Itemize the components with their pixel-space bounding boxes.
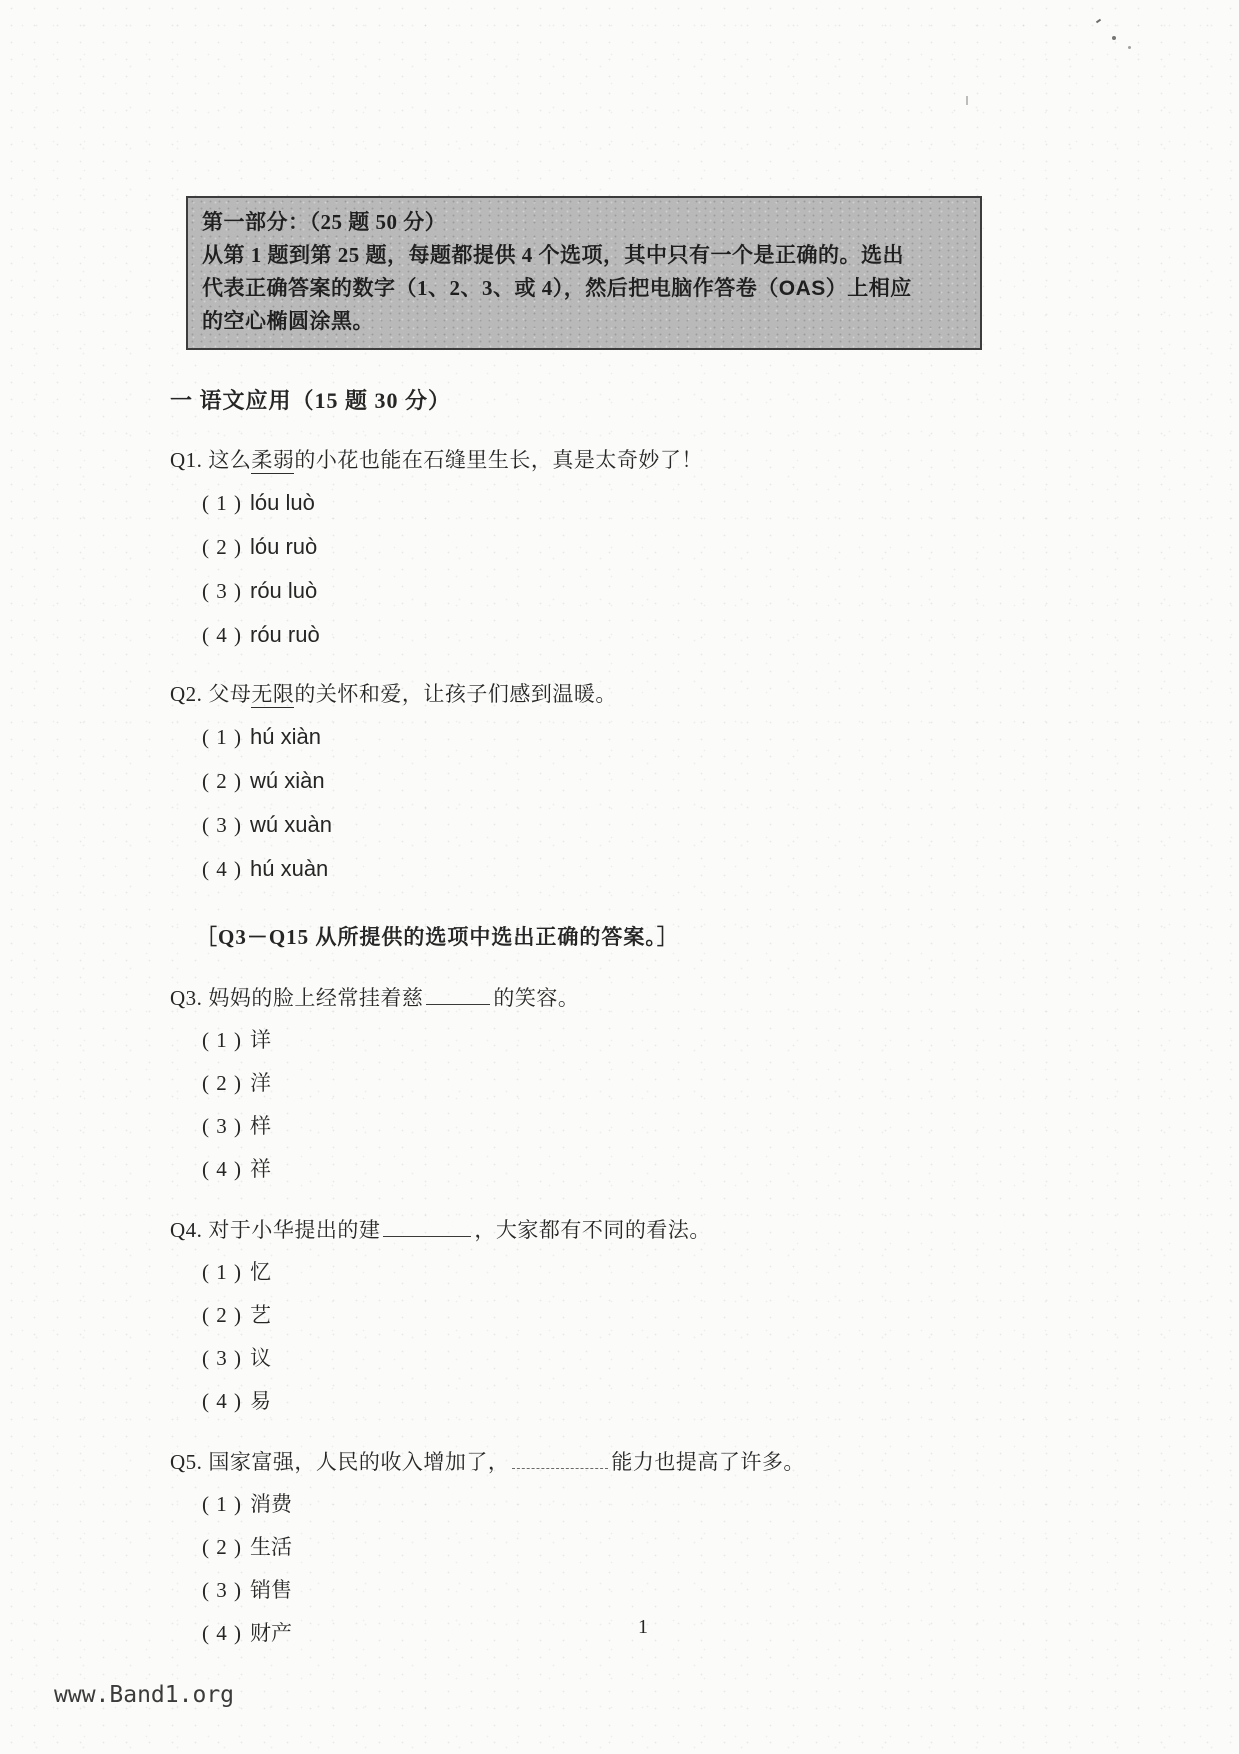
option-number: ( 3 ) bbox=[202, 813, 242, 837]
option-text: 艺 bbox=[250, 1303, 271, 1327]
scan-speck-icon bbox=[966, 96, 968, 105]
question-text-segment: 妈妈的脸上经常挂着慈 bbox=[208, 986, 423, 1010]
question-text-segment: 的关怀和爱，让孩子们感到温暖。 bbox=[294, 682, 617, 706]
option-number: ( 4 ) bbox=[202, 1621, 242, 1645]
option-row: ( 3 )róu luò bbox=[202, 577, 982, 605]
option-row: ( 2 )洋 bbox=[202, 1070, 982, 1097]
question-label: Q2. bbox=[170, 682, 202, 706]
option-number: ( 3 ) bbox=[202, 1114, 242, 1138]
question-text: Q1.这么柔弱的小花也能在石缝里生长，真是太奇妙了！ bbox=[170, 445, 982, 475]
part1-instruction-line: 从第 1 题到第 25 题，每题都提供 4 个选项，其中只有一个是正确的。选出 bbox=[202, 239, 966, 272]
option-text: hú xuàn bbox=[250, 856, 328, 881]
page-number: 1 bbox=[638, 1616, 648, 1639]
question-text-segment: 这么 bbox=[208, 448, 251, 472]
option-row: ( 4 )róu ruò bbox=[202, 621, 982, 649]
option-number: ( 3 ) bbox=[202, 579, 242, 603]
part1-title: 第一部分：（25 题 50 分） bbox=[202, 206, 966, 239]
question-text-segment: 的小花也能在石缝里生长，真是太奇妙了！ bbox=[294, 448, 703, 472]
question-label: Q4. bbox=[170, 1218, 202, 1242]
option-text: hú xiàn bbox=[250, 724, 321, 749]
option-text: 祥 bbox=[250, 1157, 271, 1181]
question-text-segment: 的笑容。 bbox=[493, 986, 579, 1010]
underlined-word: 柔弱 bbox=[251, 448, 294, 474]
option-text: 生活 bbox=[250, 1535, 292, 1559]
question-q3: Q3.妈妈的脸上经常挂着慈的笑容。 ( 1 )详 ( 2 )洋 ( 3 )样 (… bbox=[170, 981, 982, 1183]
option-number: ( 1 ) bbox=[202, 1492, 242, 1516]
question-q2: Q2.父母无限的关怀和爱，让孩子们感到温暖。 ( 1 )hú xiàn ( 2 … bbox=[170, 679, 982, 883]
exam-content: 第一部分：（25 题 50 分） 从第 1 题到第 25 题，每题都提供 4 个… bbox=[170, 196, 982, 1663]
option-row: ( 3 )议 bbox=[202, 1345, 982, 1372]
option-number: ( 2 ) bbox=[202, 1303, 242, 1327]
question-text: Q4.对于小华提出的建，大家都有不同的看法。 bbox=[170, 1213, 982, 1245]
watermark-url: www.Band1.org bbox=[54, 1682, 234, 1708]
option-text: 议 bbox=[250, 1346, 271, 1370]
options-list: ( 1 )hú xiàn ( 2 )wú xiàn ( 3 )wú xuàn (… bbox=[202, 723, 982, 883]
option-text: wú xiàn bbox=[250, 768, 325, 793]
option-row: ( 1 )忆 bbox=[202, 1259, 982, 1286]
question-q4: Q4.对于小华提出的建，大家都有不同的看法。 ( 1 )忆 ( 2 )艺 ( 3… bbox=[170, 1213, 982, 1415]
question-q5: Q5.国家富强，人民的收入增加了，能力也提高了许多。 ( 1 )消费 ( 2 )… bbox=[170, 1445, 982, 1647]
question-label: Q3. bbox=[170, 986, 202, 1010]
scan-speck-icon bbox=[1128, 46, 1131, 49]
question-text-segment: 能力也提高了许多。 bbox=[611, 1450, 805, 1474]
instruction-text: 代表正确答案的数字（1、2、3、或 4），然后把电脑作答卷（ bbox=[202, 276, 779, 300]
option-row: ( 1 )详 bbox=[202, 1027, 982, 1054]
option-text: róu luò bbox=[250, 578, 317, 603]
question-label: Q5. bbox=[170, 1450, 202, 1474]
underlined-word: 无限 bbox=[251, 682, 294, 708]
scan-speck-icon bbox=[1112, 36, 1116, 40]
section-heading: 一 语文应用（15 题 30 分） bbox=[170, 384, 982, 415]
option-row: ( 4 )祥 bbox=[202, 1156, 982, 1183]
option-number: ( 1 ) bbox=[202, 1028, 242, 1052]
question-text: Q5.国家富强，人民的收入增加了，能力也提高了许多。 bbox=[170, 1445, 982, 1477]
option-text: wú xuàn bbox=[250, 812, 332, 837]
option-text: lóu luò bbox=[250, 490, 315, 515]
instruction-text: ）上相应 bbox=[826, 276, 912, 300]
option-row: ( 4 )易 bbox=[202, 1388, 982, 1415]
question-text-segment: 对于小华提出的建 bbox=[208, 1218, 380, 1242]
option-row: ( 1 )lóu luò bbox=[202, 489, 982, 517]
part1-instruction-line: 的空心椭圆涂黑。 bbox=[202, 305, 966, 338]
part1-instructions-box: 第一部分：（25 题 50 分） 从第 1 题到第 25 题，每题都提供 4 个… bbox=[186, 196, 982, 350]
option-number: ( 2 ) bbox=[202, 1535, 242, 1559]
option-number: ( 2 ) bbox=[202, 1071, 242, 1095]
scan-speck-icon bbox=[1096, 19, 1101, 24]
question-text: Q2.父母无限的关怀和爱，让孩子们感到温暖。 bbox=[170, 679, 982, 709]
question-text-segment: 父母 bbox=[208, 682, 251, 706]
options-list: ( 1 )消费 ( 2 )生活 ( 3 )销售 ( 4 )财产 bbox=[202, 1491, 982, 1647]
fill-in-blank bbox=[426, 981, 490, 1005]
option-row: ( 2 )艺 bbox=[202, 1302, 982, 1329]
option-row: ( 4 )财产 bbox=[202, 1620, 982, 1647]
question-text-segment: ，大家都有不同的看法。 bbox=[474, 1218, 711, 1242]
option-row: ( 1 )消费 bbox=[202, 1491, 982, 1518]
option-number: ( 3 ) bbox=[202, 1578, 242, 1602]
question-text-segment: 国家富强，人民的收入增加了， bbox=[208, 1450, 509, 1474]
option-number: ( 1 ) bbox=[202, 1260, 242, 1284]
option-text: 财产 bbox=[250, 1621, 292, 1645]
options-list: ( 1 )lóu luò ( 2 )lóu ruò ( 3 )róu luò (… bbox=[202, 489, 982, 649]
option-number: ( 4 ) bbox=[202, 857, 242, 881]
fill-in-blank bbox=[383, 1213, 471, 1237]
option-row: ( 2 )lóu ruò bbox=[202, 533, 982, 561]
option-text: 销售 bbox=[250, 1578, 292, 1602]
option-row: ( 3 )样 bbox=[202, 1113, 982, 1140]
option-text: 样 bbox=[250, 1114, 271, 1138]
option-text: 消费 bbox=[250, 1492, 292, 1516]
option-number: ( 4 ) bbox=[202, 623, 242, 647]
option-text: 易 bbox=[250, 1389, 271, 1413]
option-row: ( 3 )wú xuàn bbox=[202, 811, 982, 839]
scanned-exam-page: 第一部分：（25 题 50 分） 从第 1 题到第 25 题，每题都提供 4 个… bbox=[0, 0, 1239, 1754]
option-row: ( 2 )生活 bbox=[202, 1534, 982, 1561]
oas-abbrev: OAS bbox=[779, 277, 826, 300]
option-number: ( 4 ) bbox=[202, 1389, 242, 1413]
option-text: 洋 bbox=[250, 1071, 271, 1095]
q3-q15-instruction: ［Q3－Q15 从所提供的选项中选出正确的答案。］ bbox=[196, 921, 982, 951]
option-number: ( 2 ) bbox=[202, 769, 242, 793]
question-text: Q3.妈妈的脸上经常挂着慈的笑容。 bbox=[170, 981, 982, 1013]
option-row: ( 4 )hú xuàn bbox=[202, 855, 982, 883]
options-list: ( 1 )忆 ( 2 )艺 ( 3 )议 ( 4 )易 bbox=[202, 1259, 982, 1415]
option-number: ( 3 ) bbox=[202, 1346, 242, 1370]
option-row: ( 3 )销售 bbox=[202, 1577, 982, 1604]
option-text: 详 bbox=[250, 1028, 271, 1052]
option-text: 忆 bbox=[250, 1260, 271, 1284]
fill-in-blank bbox=[512, 1445, 608, 1469]
question-label: Q1. bbox=[170, 448, 202, 472]
option-row: ( 2 )wú xiàn bbox=[202, 767, 982, 795]
option-text: lóu ruò bbox=[250, 534, 317, 559]
options-list: ( 1 )详 ( 2 )洋 ( 3 )样 ( 4 )祥 bbox=[202, 1027, 982, 1183]
option-text: róu ruò bbox=[250, 622, 320, 647]
option-row: ( 1 )hú xiàn bbox=[202, 723, 982, 751]
option-number: ( 2 ) bbox=[202, 535, 242, 559]
option-number: ( 1 ) bbox=[202, 491, 242, 515]
question-q1: Q1.这么柔弱的小花也能在石缝里生长，真是太奇妙了！ ( 1 )lóu luò … bbox=[170, 445, 982, 649]
option-number: ( 1 ) bbox=[202, 725, 242, 749]
part1-instruction-line: 代表正确答案的数字（1、2、3、或 4），然后把电脑作答卷（OAS）上相应 bbox=[202, 272, 966, 305]
option-number: ( 4 ) bbox=[202, 1157, 242, 1181]
